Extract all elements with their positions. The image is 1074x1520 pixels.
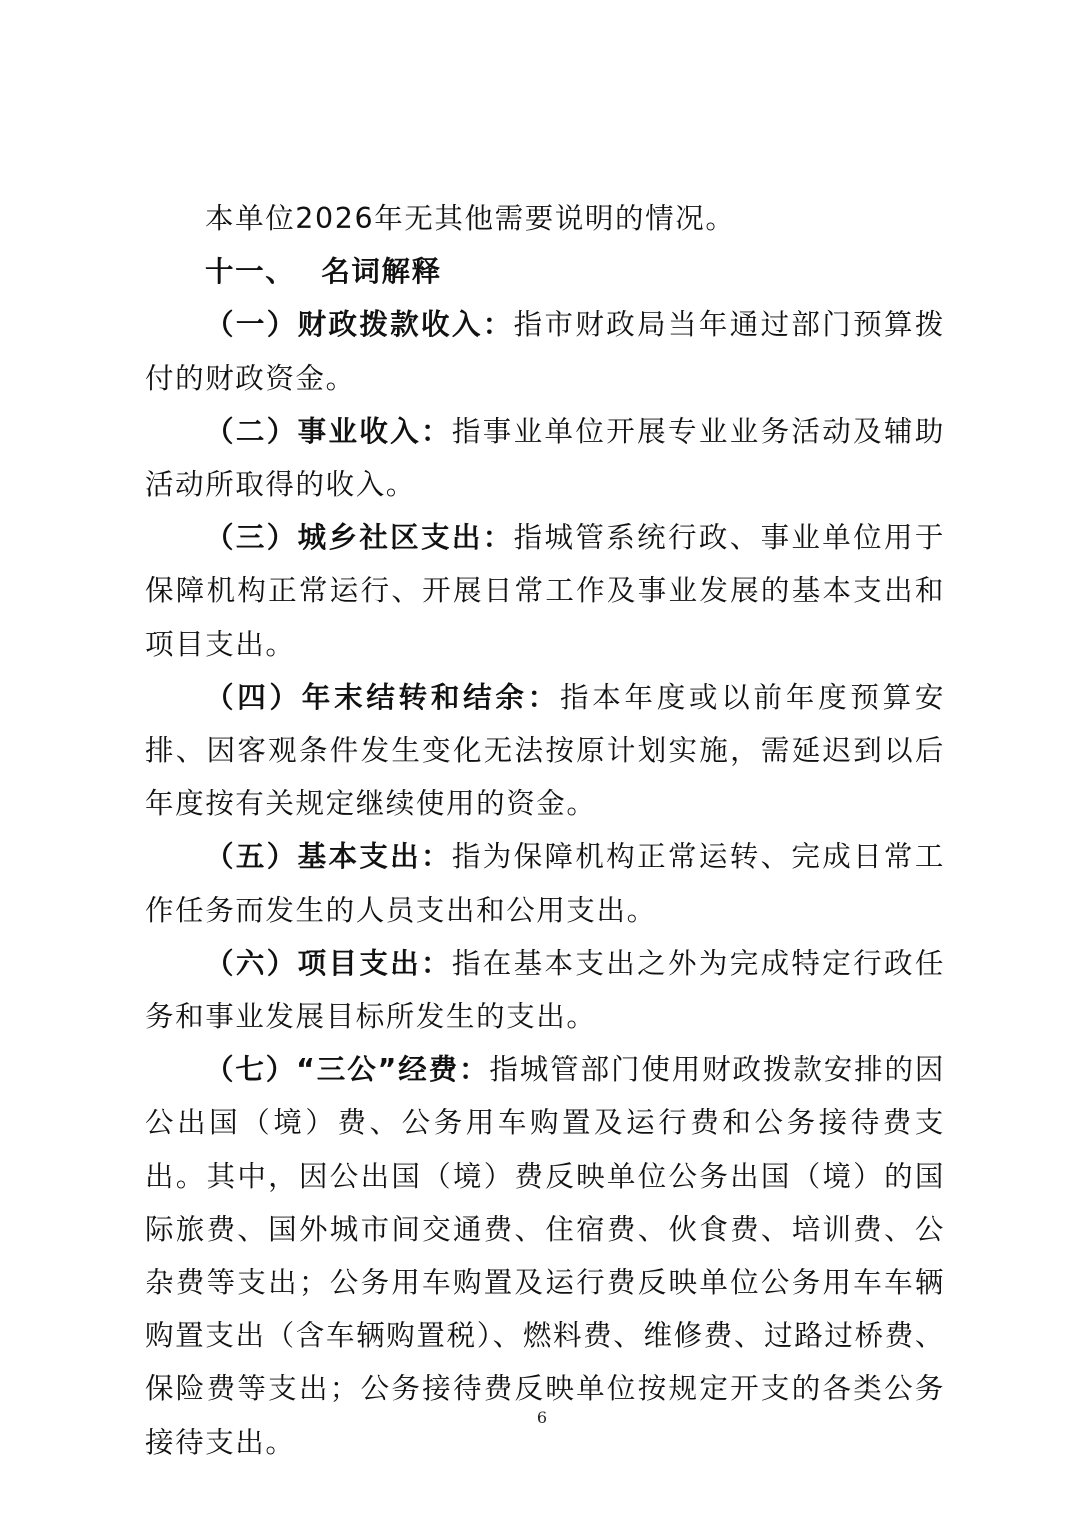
definition-project-expenditure: （六）项目支出：指在基本支出之外为完成特定行政任务和事业发展目标所发生的支出。: [145, 937, 945, 1043]
definition-basic-expenditure: （五）基本支出：指为保障机构正常运转、完成日常工作任务而发生的人员支出和公用支出…: [145, 830, 945, 936]
definition-text: 指城管部门使用财政拨款安排的因公出国（境）费、公务用车购置及运行费和公务接待费支…: [145, 1053, 945, 1458]
definition-term: （六）项目支出：: [205, 947, 452, 980]
section-heading: 十一、名词解释: [145, 245, 945, 298]
definition-term: （四）年末结转和结余：: [205, 681, 560, 714]
definition-term: （七）“三公”经费：: [205, 1053, 489, 1086]
definition-business-income: （二）事业收入：指事业单位开展专业业务活动及辅助活动所取得的收入。: [145, 405, 945, 511]
intro-paragraph: 本单位2026年无其他需要说明的情况。: [145, 192, 945, 245]
definition-term: （三）城乡社区支出：: [205, 521, 514, 554]
section-number: 十一、: [205, 255, 295, 288]
definition-financial-appropriation-income: （一）财政拨款收入：指市财政局当年通过部门预算拨付的财政资金。: [145, 298, 945, 404]
page-number: 6: [0, 1408, 1074, 1427]
definition-term: （五）基本支出：: [205, 840, 452, 873]
definition-term: （一）财政拨款收入：: [205, 308, 514, 341]
document-body: 本单位2026年无其他需要说明的情况。 十一、名词解释 （一）财政拨款收入：指市…: [145, 192, 945, 1469]
definition-term: （二）事业收入：: [205, 415, 452, 448]
definition-three-public-expenses: （七）“三公”经费：指城管部门使用财政拨款安排的因公出国（境）费、公务用车购置及…: [145, 1043, 945, 1469]
section-title: 名词解释: [321, 255, 441, 288]
definition-year-end-carryover-balance: （四）年末结转和结余：指本年度或以前年度预算安排、因客观条件发生变化无法按原计划…: [145, 671, 945, 831]
definition-urban-rural-community-expenditure: （三）城乡社区支出：指城管系统行政、事业单位用于保障机构正常运行、开展日常工作及…: [145, 511, 945, 671]
